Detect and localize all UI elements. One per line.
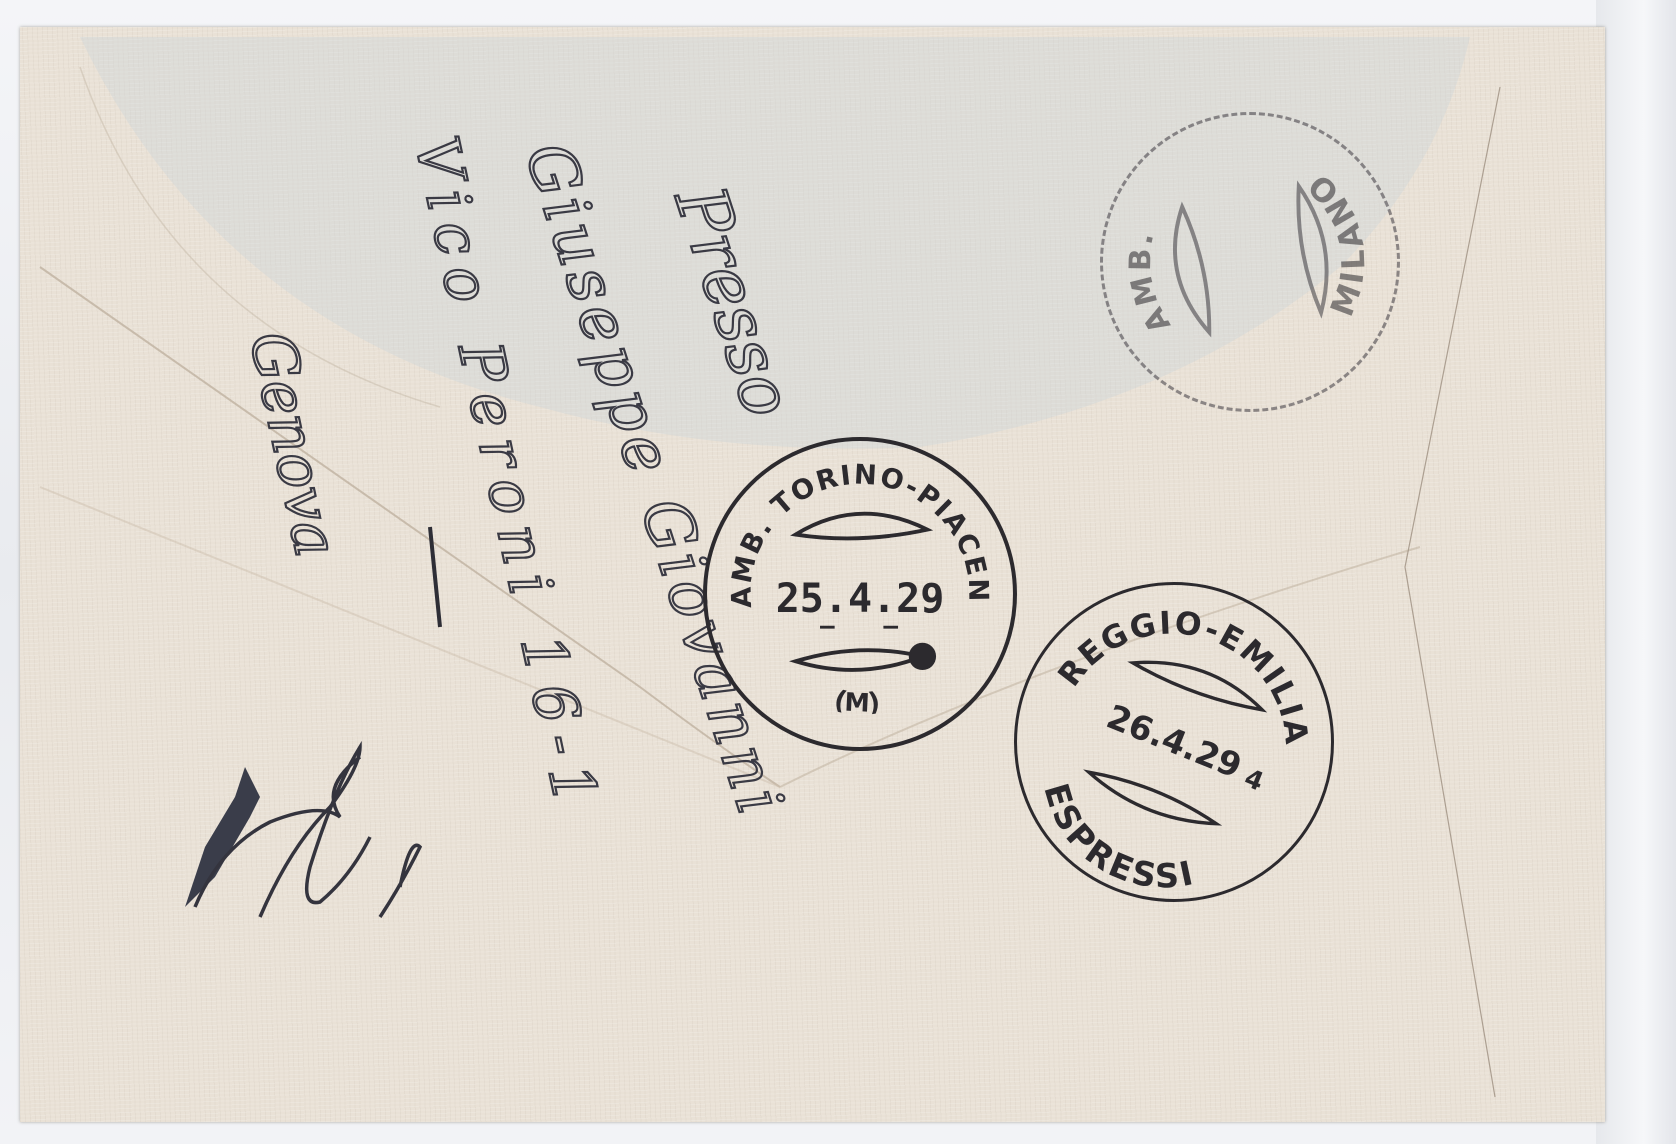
svg-text:MILANO: MILANO: [1296, 158, 1385, 327]
postmark-milano-faint: AMB. MILANO: [1100, 112, 1400, 412]
postmark-date: 25.4.29: [707, 576, 1013, 622]
postmark-torino-piacenza: AMB. TORINO-PIACENZA (M) 25.4.29: [703, 437, 1017, 751]
svg-text:(M): (M): [831, 684, 881, 718]
svg-text:AMB.: AMB.: [1115, 221, 1179, 341]
ring-text-bottom: MILANO: [1296, 158, 1385, 327]
handwriting-line-4: Genova: [235, 326, 351, 563]
postmark-date: 26.4.29: [1101, 697, 1247, 786]
signature-initials: [185, 747, 420, 917]
handwriting-line-1: Presso: [658, 175, 810, 427]
postmark-time: 4: [1240, 763, 1268, 797]
ring-text-top: AMB.: [1115, 221, 1179, 341]
postmark-reggio-emilia: REGGIO-EMILIA ESPRESSI 26.4.29 4: [1014, 582, 1334, 902]
ring-text-bottom: (M): [831, 684, 881, 718]
sleeve-edge: [1596, 0, 1676, 1144]
envelope-back: Presso Giuseppe Giovanni Vico Peroni 16-…: [20, 27, 1605, 1122]
